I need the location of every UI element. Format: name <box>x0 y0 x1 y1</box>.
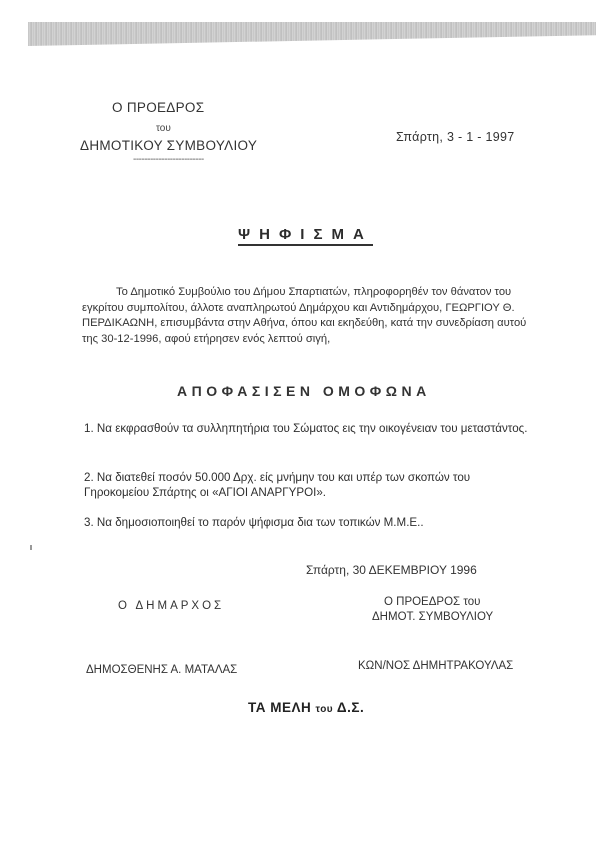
signing-place-date: Σπάρτη, 30 ΔΕΚΕΜΒΡΙΟΥ 1996 <box>306 563 477 577</box>
issuer-line-2: του <box>156 123 171 134</box>
intro-paragraph: Το Δημοτικό Συμβούλιο του Δήμου Σπαρτιατ… <box>82 285 544 347</box>
mayor-title: Ο ΔΗΜΑΡΧΟΣ <box>118 600 224 612</box>
council-president-name: ΚΩΝ/ΝΟΣ ΔΗΜΗΤΡΑΚΟΥΛΑΣ <box>358 660 513 672</box>
resolution-item-2: 2. Να διατεθεί ποσόν 50.000 Δρχ. είς μνή… <box>84 470 534 500</box>
resolution-number: 1. <box>84 422 94 435</box>
resolution-text: Να δημοσιοποιηθεί το παρόν ψήφισμα δια τ… <box>97 516 424 529</box>
resolution-item-3: 3. Να δημοσιοποιηθεί το παρόν ψήφισμα δι… <box>84 515 544 530</box>
resolution-text: Να διατεθεί ποσόν 50.000 Δρχ. είς μνήμην… <box>84 471 470 499</box>
members-suffix-small: του <box>316 704 334 715</box>
resolution-text: Να εκφρασθούν τα συλληπητήρια του Σώματο… <box>97 422 528 435</box>
council-president-title-line-2: ΔΗΜΟΤ. ΣΥΜΒΟΥΛΙΟΥ <box>372 611 493 623</box>
resolution-number: 3. <box>84 516 94 529</box>
council-president-title-line-1: Ο ΠΡΟΕΔΡΟΣ του <box>384 596 480 608</box>
issuer-line-1: Ο ΠΡΟΕΔΡΟΣ <box>112 100 204 115</box>
members-suffix: Δ.Σ. <box>337 700 364 715</box>
resolution-item-1: 1. Να εκφρασθούν τα συλληπητήρια του Σώμ… <box>84 421 534 436</box>
header-place-date: Σπάρτη, 3 - 1 - 1997 <box>396 130 515 144</box>
issuer-line-3: ΔΗΜΟΤΙΚΟΥ ΣΥΜΒΟΥΛΙΟΥ <box>80 138 257 153</box>
members-label: ΤΑ ΜΕΛΗ <box>248 700 311 715</box>
council-members-label: ΤΑ ΜΕΛΗ του Δ.Σ. <box>248 700 364 715</box>
issuer-underline: ------------------------- <box>133 154 204 165</box>
resolution-number: 2. <box>84 471 94 484</box>
mayor-name: ΔΗΜΟΣΘΕΝΗΣ Α. ΜΑΤΑΛΑΣ <box>86 664 237 676</box>
document-title: ΨΗΦΙΣΜΑ <box>238 226 373 246</box>
scan-speck <box>30 545 32 550</box>
scan-artifact-bar <box>28 22 596 46</box>
resolution-heading: ΑΠΟΦΑΣΙΣΕΝ ΟΜΟΦΩΝΑ <box>177 383 431 399</box>
